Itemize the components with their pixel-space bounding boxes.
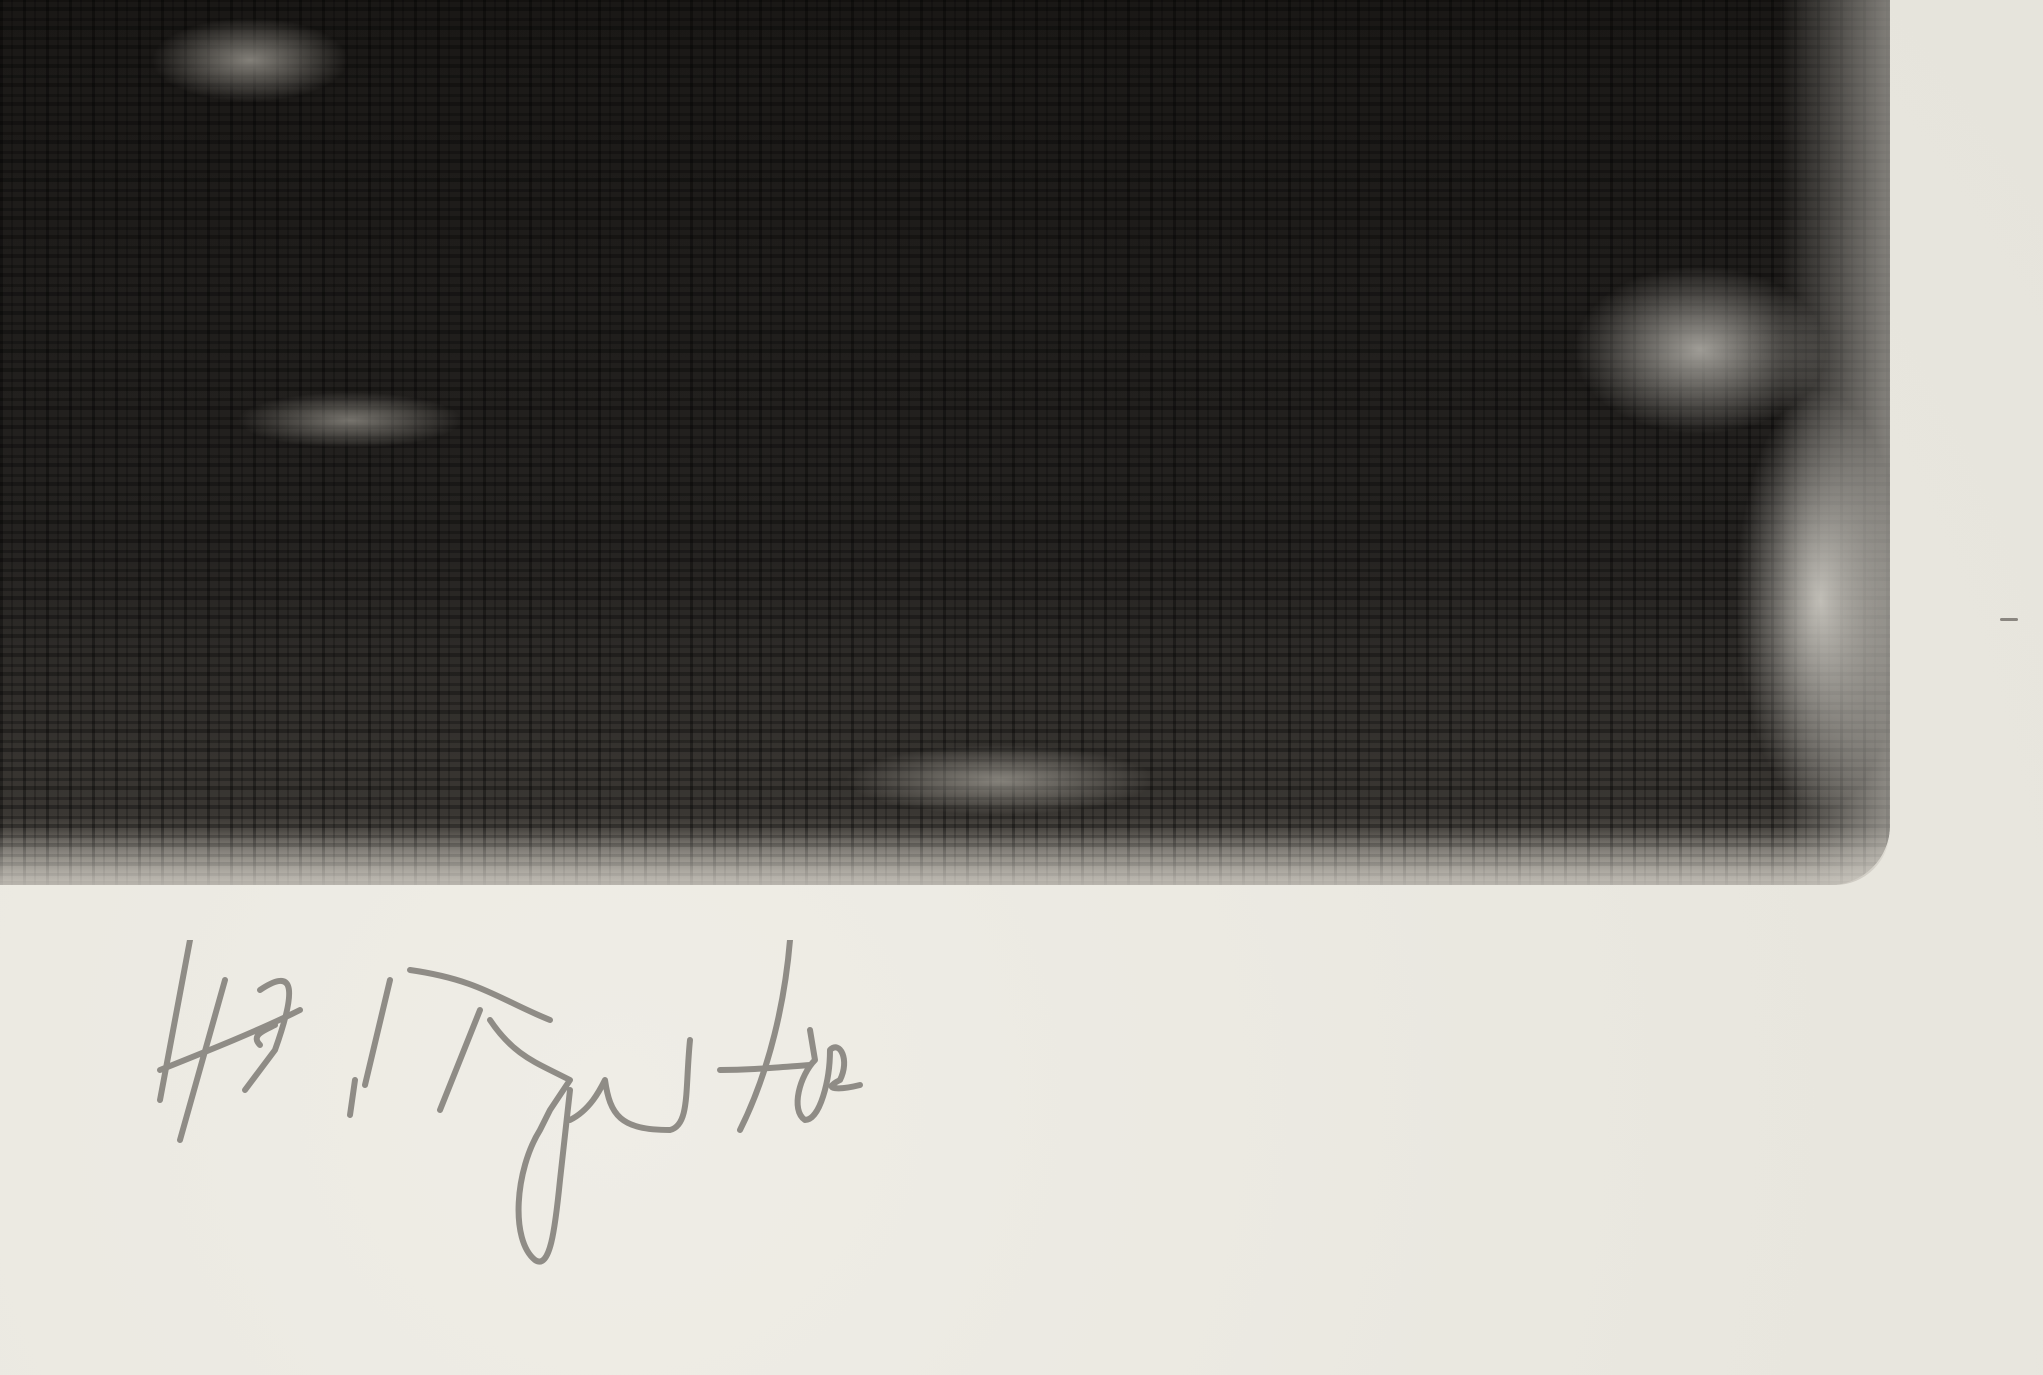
pencil-signature xyxy=(150,940,1900,1290)
paper-mark xyxy=(2000,618,2018,621)
plate-bottom-edge xyxy=(0,830,1890,885)
plate-right-edge xyxy=(1780,0,1890,885)
etched-plate-area xyxy=(0,0,1890,885)
